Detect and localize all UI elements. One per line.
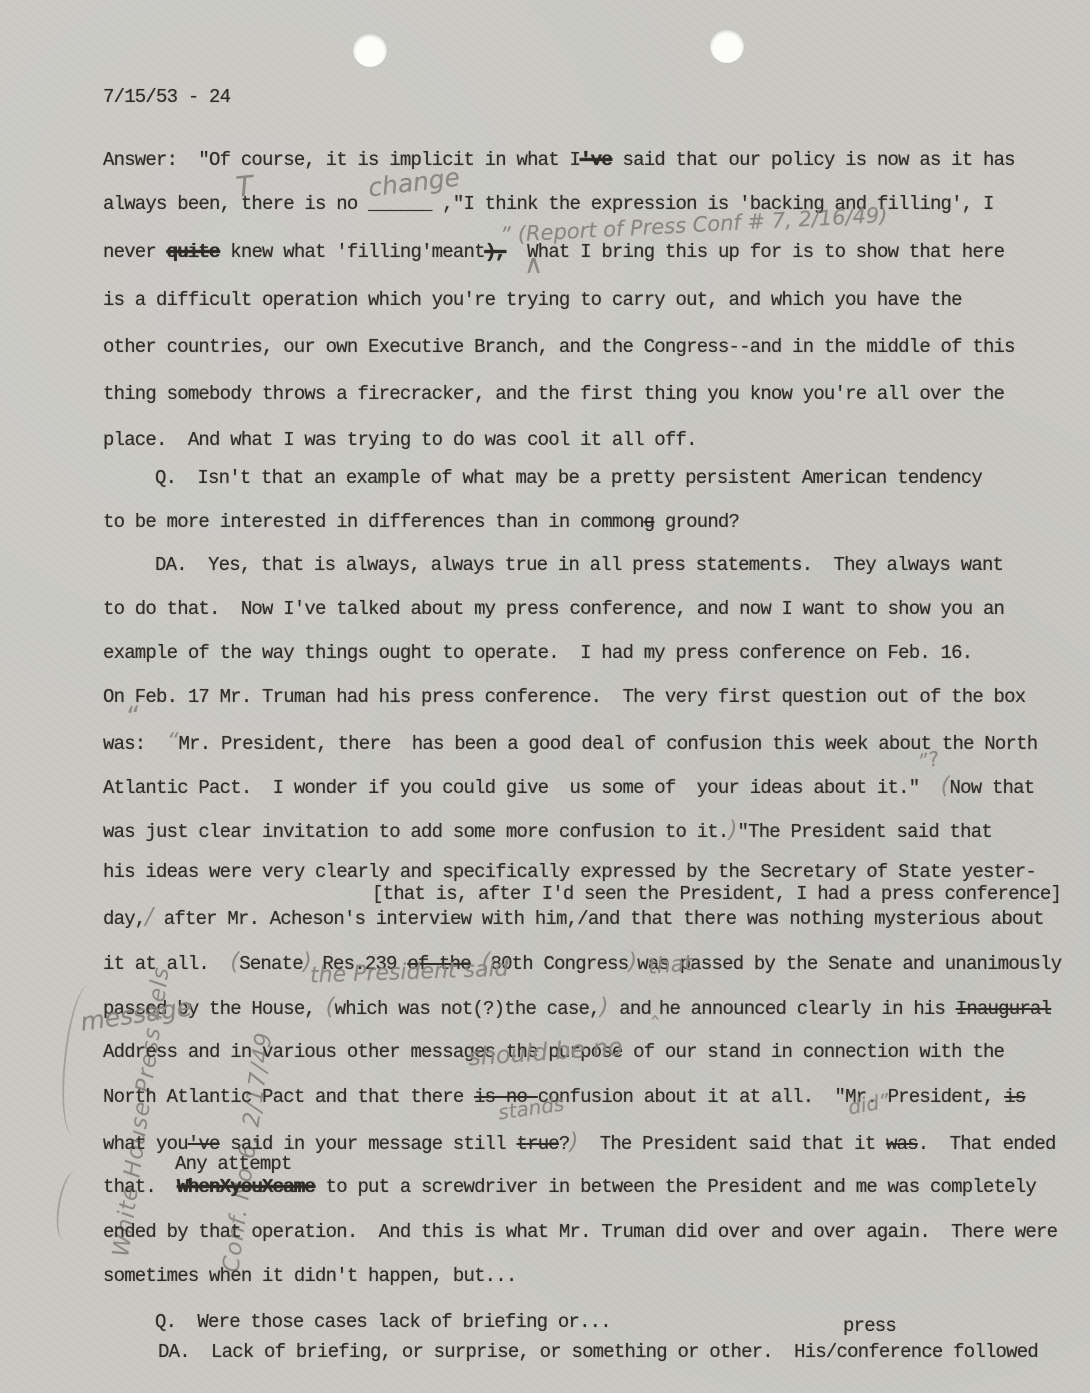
page-header: 7/15/53 - 24 <box>103 85 230 109</box>
typed-text: his ideas were very clearly and specific… <box>103 861 1036 883</box>
typed-line: Q. Isn't that an example of what may be … <box>155 466 982 490</box>
typed-text: Mr. President, there has been a good dea… <box>179 733 1038 755</box>
typed-line: passed by the House, (which was not(?)th… <box>103 995 1051 1021</box>
typed-text: Any attempt <box>175 1153 292 1175</box>
struck-out-text: Inaugural <box>956 998 1051 1020</box>
typed-line: DA. Lack of briefing, or surprise, or so… <box>158 1340 1038 1364</box>
typed-line: that. WhenXyouXcame to put a screwdriver… <box>103 1175 1036 1199</box>
handwritten-annotation: ∧ <box>524 250 543 280</box>
typed-text: said that our policy is now as it has <box>612 149 1015 171</box>
typed-text: Q. Were those cases lack of briefing or.… <box>155 1311 611 1333</box>
typed-text: What I bring this up for is to show that… <box>506 241 1004 263</box>
handwritten-mark: ‸ <box>651 994 659 1020</box>
typed-text: was just clear invitation to add some mo… <box>103 821 729 843</box>
typed-text: Answer: "Of course, it is implicit in wh… <box>103 149 580 171</box>
handwritten-mark: ( <box>230 949 239 975</box>
typed-text: place. And what I was trying to do was c… <box>103 429 697 451</box>
typed-text: to put a screwdriver in between the Pres… <box>315 1176 1036 1198</box>
typed-text: confusion about it at all. "Mr. Presiden… <box>538 1086 1004 1108</box>
typed-line: Q. Were those cases lack of briefing or.… <box>155 1310 611 1334</box>
struck-out-text: was <box>886 1133 918 1155</box>
typed-line: day,/ after Mr. Acheson's interview with… <box>103 905 1044 931</box>
typed-text: DA. Lack of briefing, or surprise, or so… <box>158 1341 1038 1363</box>
typed-text: was passed by the Senate and unanimously <box>637 953 1061 975</box>
typed-text: On Feb. 17 Mr. Truman had his press conf… <box>103 686 1025 708</box>
typed-text: it at all. <box>103 953 230 975</box>
handwritten-mark: ) <box>570 1129 579 1155</box>
typed-text: example of the way things ought to opera… <box>103 642 972 664</box>
handwritten-mark: / <box>145 904 153 930</box>
struck-out-text: quite <box>167 241 220 263</box>
typed-text: press <box>843 1315 896 1337</box>
typed-text: North Atlantic Pact and that there <box>103 1086 474 1108</box>
typed-line: other countries, our own Executive Branc… <box>103 335 1015 359</box>
typed-line: to do that. Now I've talked about my pre… <box>103 597 1004 621</box>
typed-insert-line: Any attempt <box>175 1152 292 1176</box>
typed-text: 7/15/53 - 24 <box>103 86 230 108</box>
typed-line: is a difficult operation which you're tr… <box>103 288 962 312</box>
handwritten-mark: ( <box>326 994 335 1020</box>
typed-text: always been, there is no <box>103 193 368 215</box>
struck-out-text: 've <box>580 149 612 171</box>
typed-text: Q. Isn't that an example of what may be … <box>155 467 982 489</box>
typed-text: that. <box>103 1176 177 1198</box>
handwritten-mark: “ <box>167 729 179 755</box>
typed-text: sometimes when it didn't happen, but... <box>103 1265 516 1287</box>
typed-line: ended by that operation. And this is wha… <box>103 1220 1057 1244</box>
typed-text: to be more interested in differences tha… <box>103 511 644 533</box>
typed-text: DA. Yes, that is always, always true in … <box>155 554 1003 576</box>
typed-line: thing somebody throws a firecracker, and… <box>103 382 1004 406</box>
typed-line: was: “Mr. President, there has been a go… <box>103 730 1037 756</box>
typed-text: . That ended <box>918 1133 1056 1155</box>
handwritten-mark: ) <box>729 817 738 843</box>
typed-text: was: <box>103 733 167 755</box>
struck-out-text: g <box>644 511 655 533</box>
typed-text: other countries, our own Executive Branc… <box>103 336 1015 358</box>
typed-line: place. And what I was trying to do was c… <box>103 428 697 452</box>
typed-text: ? <box>559 1133 570 1155</box>
handwritten-mark: ) <box>628 949 637 975</box>
typed-text: Now that <box>950 777 1035 799</box>
typed-line: Atlantic Pact. I wonder if you could giv… <box>103 774 1034 800</box>
handwritten-annotation: T <box>234 169 254 204</box>
typed-line: was just clear invitation to add some mo… <box>103 818 992 844</box>
punch-hole-left <box>353 33 387 67</box>
typed-insert-line: press <box>843 1314 896 1338</box>
struck-out-text: WhenXyouXcame <box>177 1176 315 1198</box>
typed-text: day, <box>103 908 145 930</box>
typed-text: The President said that it <box>579 1133 886 1155</box>
struck-out-text: is <box>1004 1086 1025 1108</box>
typed-text: is a difficult operation which you're tr… <box>103 289 962 311</box>
typed-line: Answer: "Of course, it is implicit in wh… <box>103 148 1015 172</box>
typed-line: to be more interested in differences tha… <box>103 510 739 534</box>
typed-text: ground? <box>654 511 739 533</box>
typed-text: Senate <box>239 953 303 975</box>
typed-text: 80th Congress <box>490 953 628 975</box>
typed-text: knew what 'filling'meant <box>220 241 485 263</box>
typed-text: never <box>103 241 167 263</box>
handwritten-mark: ( <box>941 773 950 799</box>
typed-text: "The President said that <box>738 821 992 843</box>
typed-text: to do that. Now I've talked about my pre… <box>103 598 1004 620</box>
typed-line: DA. Yes, that is always, always true in … <box>155 553 1003 577</box>
typed-insert-line: [that is, after I'd seen the President, … <box>372 882 1061 906</box>
typed-text: [that is, after I'd seen the President, … <box>372 883 1061 905</box>
typed-text: he announced clearly in his <box>659 998 956 1020</box>
typed-text: after Mr. Acheson's interview with him,/… <box>153 908 1044 930</box>
typed-text: which was not(?)the case, <box>335 998 600 1020</box>
typed-text: Atlantic Pact. I wonder if you could giv… <box>103 777 941 799</box>
typed-text: and <box>609 998 651 1020</box>
punch-hole-right <box>710 29 744 63</box>
typed-line: On Feb. 17 Mr. Truman had his press conf… <box>103 685 1025 709</box>
handwritten-mark: ) <box>600 994 609 1020</box>
struck-out-text: true <box>517 1133 559 1155</box>
typed-line: it at all. (Senate) Res.239 of the (80th… <box>103 950 1061 976</box>
typed-text: thing somebody throws a firecracker, and… <box>103 383 1004 405</box>
handwritten-annotation: that <box>647 951 694 980</box>
typed-line: his ideas were very clearly and specific… <box>103 860 1036 884</box>
handwritten-annotation: should be no <box>467 1033 623 1072</box>
typed-line: example of the way things ought to opera… <box>103 641 972 665</box>
typed-line: sometimes when it didn't happen, but... <box>103 1264 516 1288</box>
typed-text: ended by that operation. And this is wha… <box>103 1221 1057 1243</box>
scanned-document-page: White House Press Rels Conf. No 6, 2/17/… <box>0 0 1090 1393</box>
